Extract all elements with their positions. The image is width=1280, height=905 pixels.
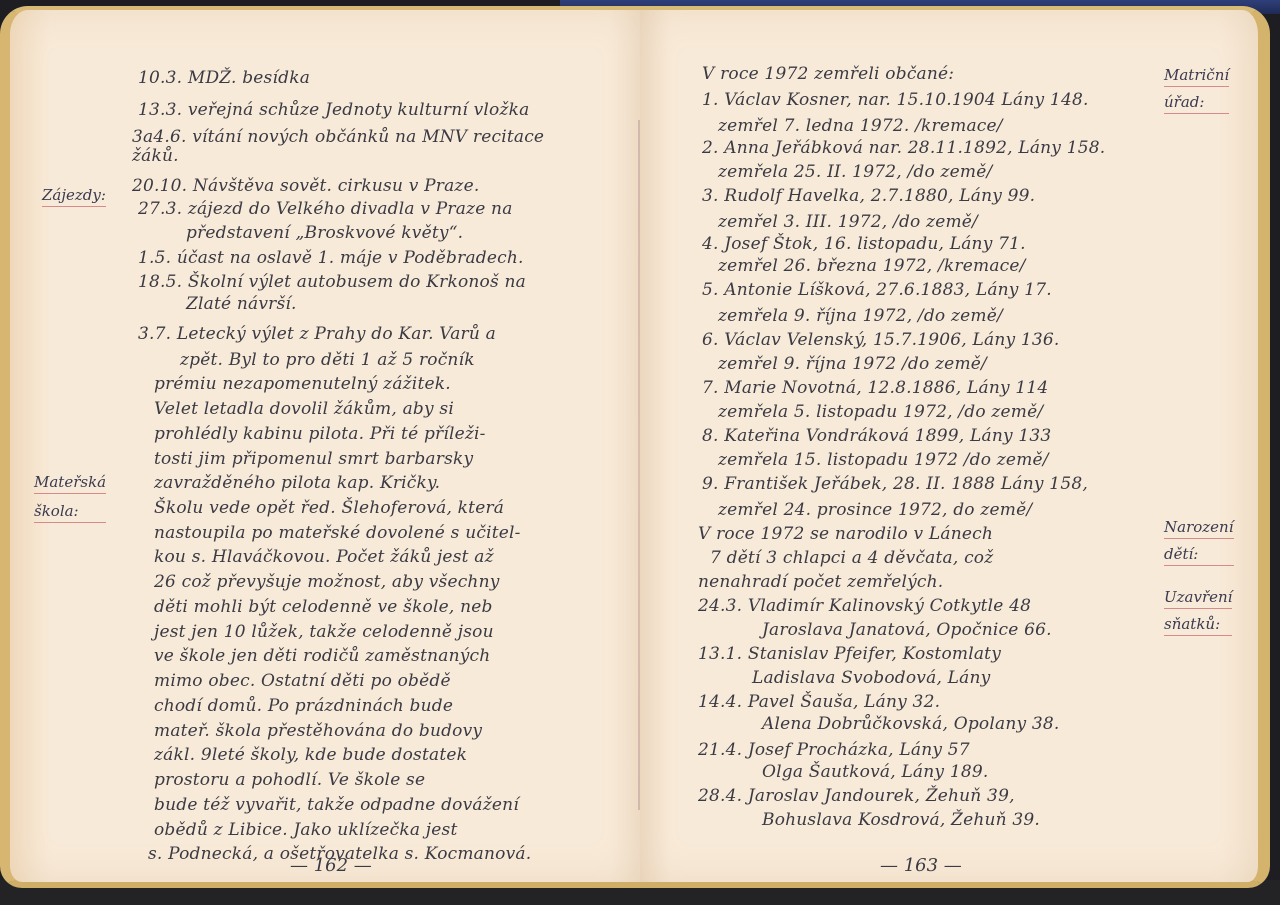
entry-line: žáků. [132,146,179,166]
entry-line: 27.3. zájezd do Velkého divadla v Praze … [138,199,513,219]
entry-line: Velet letadla dovolil žákům, aby si [154,399,454,419]
entry-line: 13.1. Stanislav Pfeifer, Kostomlaty [698,644,1001,664]
entry-line: 5. Antonie Líšková, 27.6.1883, Lány 17. [702,280,1052,300]
label-text: Narození [1164,518,1234,539]
margin-label-uzavreni-snatku: Uzavření sňatků: [1164,588,1232,636]
margin-label-zajezdy: Zájezdy: [42,186,106,207]
entry-line: děti mohli být celodenně ve škole, neb [154,597,493,617]
entry-line: 8. Kateřina Vondráková 1899, Lány 133 [702,426,1051,446]
entry-line: zemřel 24. prosince 1972, do země/ [718,500,1032,520]
entry-line: zavražděného pilota kap. Kričky. [154,473,440,493]
margin-label-matricni-urad: Matriční úřad: [1164,66,1229,114]
margin-label-narozeni-deti: Narození dětí: [1164,518,1234,566]
entry-line: zemřela 9. října 1972, /do země/ [718,306,1003,326]
entry-line: zpět. Byl to pro děti 1 až 5 ročník [180,350,475,370]
margin-label-materska-skola: Mateřská škola: [34,473,106,523]
entry-line: 6. Václav Velenský, 15.7.1906, Lány 136. [702,330,1060,350]
label-text: sňatků: [1164,615,1232,636]
entry-line: zemřela 5. listopadu 1972, /do země/ [718,402,1043,422]
entry-line: ve škole jen děti rodičů zaměstnaných [154,646,490,666]
entry-line: 26 což převyšuje možnost, aby všechny [154,572,500,592]
entry-line: Zlaté návrší. [186,294,297,314]
entry-line: Alena Dobrůčkovská, Opolany 38. [762,714,1060,734]
entry-line: 7 dětí 3 chlapci a 4 děvčata, což [710,548,993,568]
entry-line: 1.5. účast na oslavě 1. máje v Poděbrade… [138,248,524,268]
entry-line: 4. Josef Štok, 16. listopadu, Lány 71. [702,234,1026,254]
entry-line: prémiu nezapomenutelný zážitek. [154,374,451,394]
entry-line: mateř. škola přestěhována do budovy [154,721,482,741]
entry-line: 3.7. Letecký výlet z Prahy do Kar. Varů … [138,324,496,344]
page-number: — 162 — [290,855,372,876]
entry-line: obědů z Libice. Jako uklízečka jest [154,820,458,840]
right-page: Matriční úřad: Narození dětí: Uzavření s… [640,6,1270,888]
entry-line: Jaroslava Janatová, Opočnice 66. [762,620,1052,640]
entry-line: 9. František Jeřábek, 28. II. 1888 Lány … [702,474,1088,494]
entry-line: zemřel 26. března 1972, /kremace/ [718,256,1026,276]
entry-line: Bohuslava Kosdrová, Žehuň 39. [762,810,1040,830]
entry-line: 3a4.6. vítání nových občánků na MNV reci… [132,127,544,147]
label-text: dětí: [1164,545,1234,566]
label-text: škola: [34,502,106,523]
entry-line: 13.3. veřejná schůze Jednoty kulturní vl… [138,100,529,120]
entry-line: 18.5. Školní výlet autobusem do Krkonoš … [138,272,526,292]
entry-line: V roce 1972 se narodilo v Lánech [698,524,993,544]
entry-line: prohlédly kabinu pilota. Při té příleži- [154,424,486,444]
label-text: Zájezdy: [42,186,106,207]
entry-line: prostoru a pohodlí. Ve škole se [154,770,425,790]
entry-line: 14.4. Pavel Šauša, Lány 32. [698,692,940,712]
entry-line: tosti jim připomenul smrt barbarsky [154,449,473,469]
entry-line: V roce 1972 zemřeli občané: [702,64,954,84]
entry-line: mimo obec. Ostatní děti po obědě [154,671,451,691]
entry-line: 20.10. Návštěva sovět. cirkusu v Praze. [132,176,479,196]
entry-line: zemřel 7. ledna 1972. /kremace/ [718,116,1003,136]
entry-line: 24.3. Vladimír Kalinovský Cotkytle 48 [698,596,1031,616]
entry-line: kou s. Hlaváčkovou. Počet žáků jest až [154,547,494,567]
label-text: úřad: [1164,93,1229,114]
entry-line: 28.4. Jaroslav Jandourek, Žehuň 39, [698,786,1015,806]
entry-line: 2. Anna Jeřábková nar. 28.11.1892, Lány … [702,138,1105,158]
page-number: — 163 — [880,855,962,876]
label-text: Matriční [1164,66,1229,87]
entry-line: představení „Broskvové květy“. [186,223,463,243]
entry-line: jest jen 10 lůžek, takže celodenně jsou [154,622,494,642]
entry-line: 10.3. MDŽ. besídka [138,68,310,88]
entry-line: 1. Václav Kosner, nar. 15.10.1904 Lány 1… [702,90,1089,110]
entry-line: zemřel 9. října 1972 /do země/ [718,354,987,374]
entry-line: Školu vede opět řed. Šlehoferová, která [154,498,504,518]
entry-line: Olga Šautková, Lány 189. [762,762,988,782]
entry-line: nenahradí počet zemřelých. [698,572,943,592]
entry-line: zemřela 25. II. 1972, /do země/ [718,162,992,182]
entry-line: zákl. 9leté školy, kde bude dostatek [154,745,467,765]
left-page: Zájezdy: Mateřská škola: 10.3. MDŽ. besí… [0,6,640,888]
entry-line: nastoupila po mateřské dovolené s učitel… [154,523,521,543]
entry-line: 7. Marie Novotná, 12.8.1886, Lány 114 [702,378,1048,398]
label-text: Mateřská [34,473,106,494]
label-text: Uzavření [1164,588,1232,609]
entry-line: chodí domů. Po prázdninách bude [154,696,453,716]
entry-line: zemřela 15. listopadu 1972 /do země/ [718,450,1049,470]
entry-line: Ladislava Svobodová, Lány [752,668,990,688]
entry-line: zemřel 3. III. 1972, /do země/ [718,212,978,232]
entry-line: 21.4. Josef Procházka, Lány 57 [698,740,970,760]
entry-line: bude též vyvařit, takže odpadne dovážení [154,795,519,815]
entry-line: 3. Rudolf Havelka, 2.7.1880, Lány 99. [702,186,1035,206]
